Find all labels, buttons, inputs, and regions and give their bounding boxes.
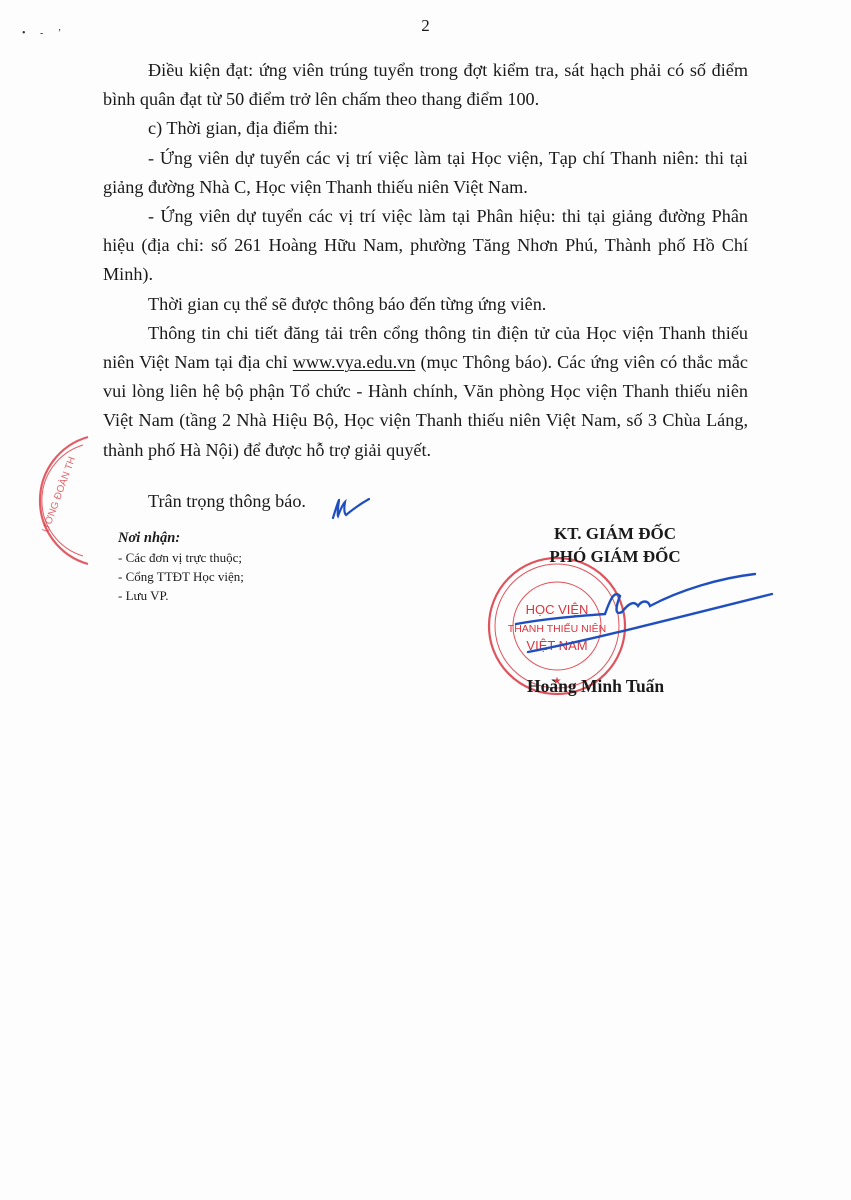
svg-text:ƯƠNG ĐOÀN TH: ƯƠNG ĐOÀN TH: [39, 455, 78, 534]
partial-seal-stamp-icon: ƯƠNG ĐOÀN TH: [28, 433, 98, 568]
document-body: Điều kiện đạt: ứng viên trúng tuyển tron…: [103, 56, 748, 465]
recipient-item: - Lưu VP.: [118, 586, 244, 605]
page-number: 2: [0, 16, 851, 36]
recipient-item: - Các đơn vị trực thuộc;: [118, 548, 244, 567]
closing-line: Trân trọng thông báo.: [148, 491, 306, 512]
signer-name: Hoàng Minh Tuấn: [527, 676, 664, 697]
paragraph-schedule-notice: Thời gian cụ thể sẽ được thông báo đến t…: [103, 290, 748, 319]
website-link[interactable]: www.vya.edu.vn: [293, 352, 416, 372]
paragraph-exam-time-place-heading: c) Thời gian, địa điểm thi:: [103, 114, 748, 143]
recipients-label: Nơi nhận:: [118, 528, 244, 548]
paragraph-pass-condition: Điều kiện đạt: ứng viên trúng tuyển tron…: [103, 56, 748, 114]
paragraph-academy-venue: - Ứng viên dự tuyển các vị trí việc làm …: [103, 144, 748, 202]
recipient-item: - Cổng TTĐT Học viện;: [118, 567, 244, 586]
recipients-block: Nơi nhận: - Các đơn vị trực thuộc; - Cổn…: [118, 528, 244, 605]
paragraph-contact-info: Thông tin chi tiết đăng tải trên cổng th…: [103, 319, 748, 465]
handwritten-signature-icon: [510, 560, 780, 670]
initial-mark-icon: [330, 496, 372, 522]
paragraph-branch-venue: - Ứng viên dự tuyển các vị trí việc làm …: [103, 202, 748, 290]
signature-title-line-1: KT. GIÁM ĐỐC: [500, 522, 730, 545]
